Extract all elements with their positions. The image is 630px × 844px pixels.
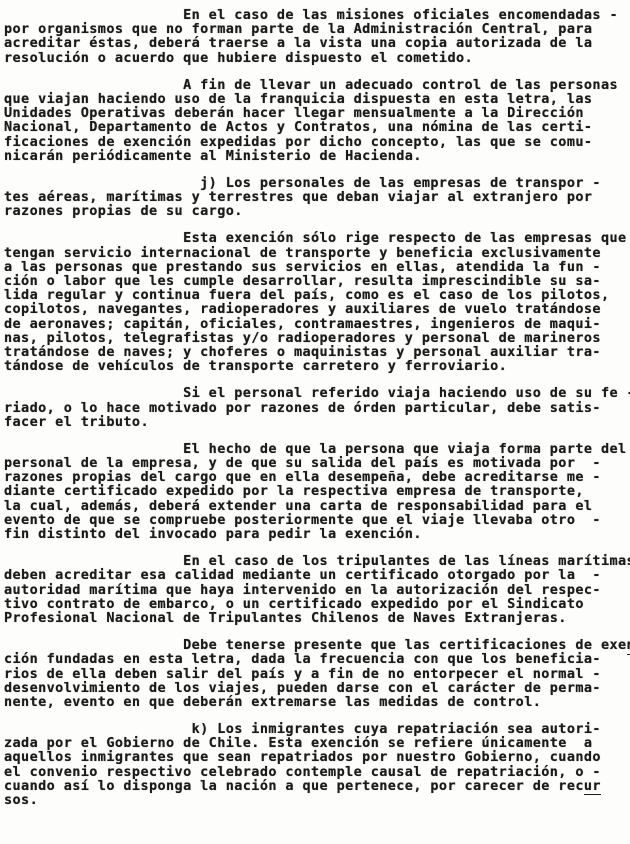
text-line: copilotos, navegantes, radioperadores y … <box>4 302 628 316</box>
text-line: de aeronaves; capitán, oficiales, contra… <box>4 317 628 331</box>
text-line: deben acreditar esa calidad mediante un … <box>4 568 628 582</box>
paragraph: En el caso de los tripulantes de las lín… <box>4 554 628 625</box>
text-line: tivo contrato de embarco, o un certifica… <box>4 597 628 611</box>
paragraph: En el caso de las misiones oficiales enc… <box>4 8 628 65</box>
text-line: ficaciones de exención expedidas por dic… <box>4 135 628 149</box>
text-line: cuando así lo disponga la nación a que p… <box>4 779 628 793</box>
text-line: acreditar éstas, deberá traerse a la vis… <box>4 36 628 50</box>
text-line: Profesional Nacional de Tripulantes Chil… <box>4 611 628 625</box>
text-line: el convenio respectivo celebrado contemp… <box>4 765 628 779</box>
document-body: En el caso de las misiones oficiales enc… <box>4 8 628 807</box>
underlined-word-break: ur <box>584 778 601 796</box>
text-line: desenvolvimiento de los viajes, pueden d… <box>4 681 628 695</box>
text-line: ción fundadas en esta letra, dada la fre… <box>4 652 628 666</box>
text-line: sos. <box>4 793 628 807</box>
text-line: facer el tributo. <box>4 415 628 429</box>
text-line: a las personas que prestando sus servici… <box>4 260 628 274</box>
text-line: nas, pilotos, telegrafistas y/o radioper… <box>4 331 628 345</box>
text-line: nente, evento en que deberán extremarse … <box>4 695 628 709</box>
text-line: tengan servicio internacional de transpo… <box>4 246 628 260</box>
text-line: evento de que se compruebe posteriorment… <box>4 513 628 527</box>
paragraph: El hecho de que la persona que viaja for… <box>4 442 628 541</box>
text-line: Si el personal referido viaja haciendo u… <box>4 386 628 400</box>
text-line: razones propias de su cargo. <box>4 204 628 218</box>
paragraph: Si el personal referido viaja haciendo u… <box>4 386 628 429</box>
text-line: que viajan haciendo uso de la franquicia… <box>4 92 628 106</box>
text-line: autoridad marítima que haya intervenido … <box>4 583 628 597</box>
underlined-word-break: n <box>627 637 630 655</box>
text-line: aquellos inmigrantes que sean repatriado… <box>4 750 628 764</box>
document-page: En el caso de las misiones oficiales enc… <box>0 0 630 844</box>
text-line: j) Los personales de las empresas de tra… <box>4 176 628 190</box>
text-line: fin distinto del invocado para pedir la … <box>4 527 628 541</box>
text-line: riado, o lo hace motivado por razones de… <box>4 401 628 415</box>
paragraph: Esta exención sólo rige respecto de las … <box>4 231 628 373</box>
paragraph: j) Los personales de las empresas de tra… <box>4 176 628 219</box>
text-line: El hecho de que la persona que viaja for… <box>4 442 628 456</box>
text-line: tratándose de naves; y choferes o maquin… <box>4 345 628 359</box>
text-line: Nacional, Departamento de Actos y Contra… <box>4 120 628 134</box>
paragraph: k) Los inmigrantes cuya repatriación sea… <box>4 722 628 807</box>
text-line: nicarán periódicamente al Ministerio de … <box>4 149 628 163</box>
paragraph: A fin de llevar un adecuado control de l… <box>4 78 628 163</box>
text-line: rios de ella deben salir del país y a fi… <box>4 667 628 681</box>
text-line: resolución o acuerdo que hubiere dispues… <box>4 51 628 65</box>
text-line: la cual, además, deberá extender una car… <box>4 499 628 513</box>
text-line: A fin de llevar un adecuado control de l… <box>4 78 628 92</box>
text-line: tándose de vehículos de transporte carre… <box>4 359 628 373</box>
text-line: diante certificado expedido por la respe… <box>4 484 628 498</box>
text-line: Esta exención sólo rige respecto de las … <box>4 231 628 245</box>
paragraph: Debe tenerse presente que las certificac… <box>4 638 628 709</box>
